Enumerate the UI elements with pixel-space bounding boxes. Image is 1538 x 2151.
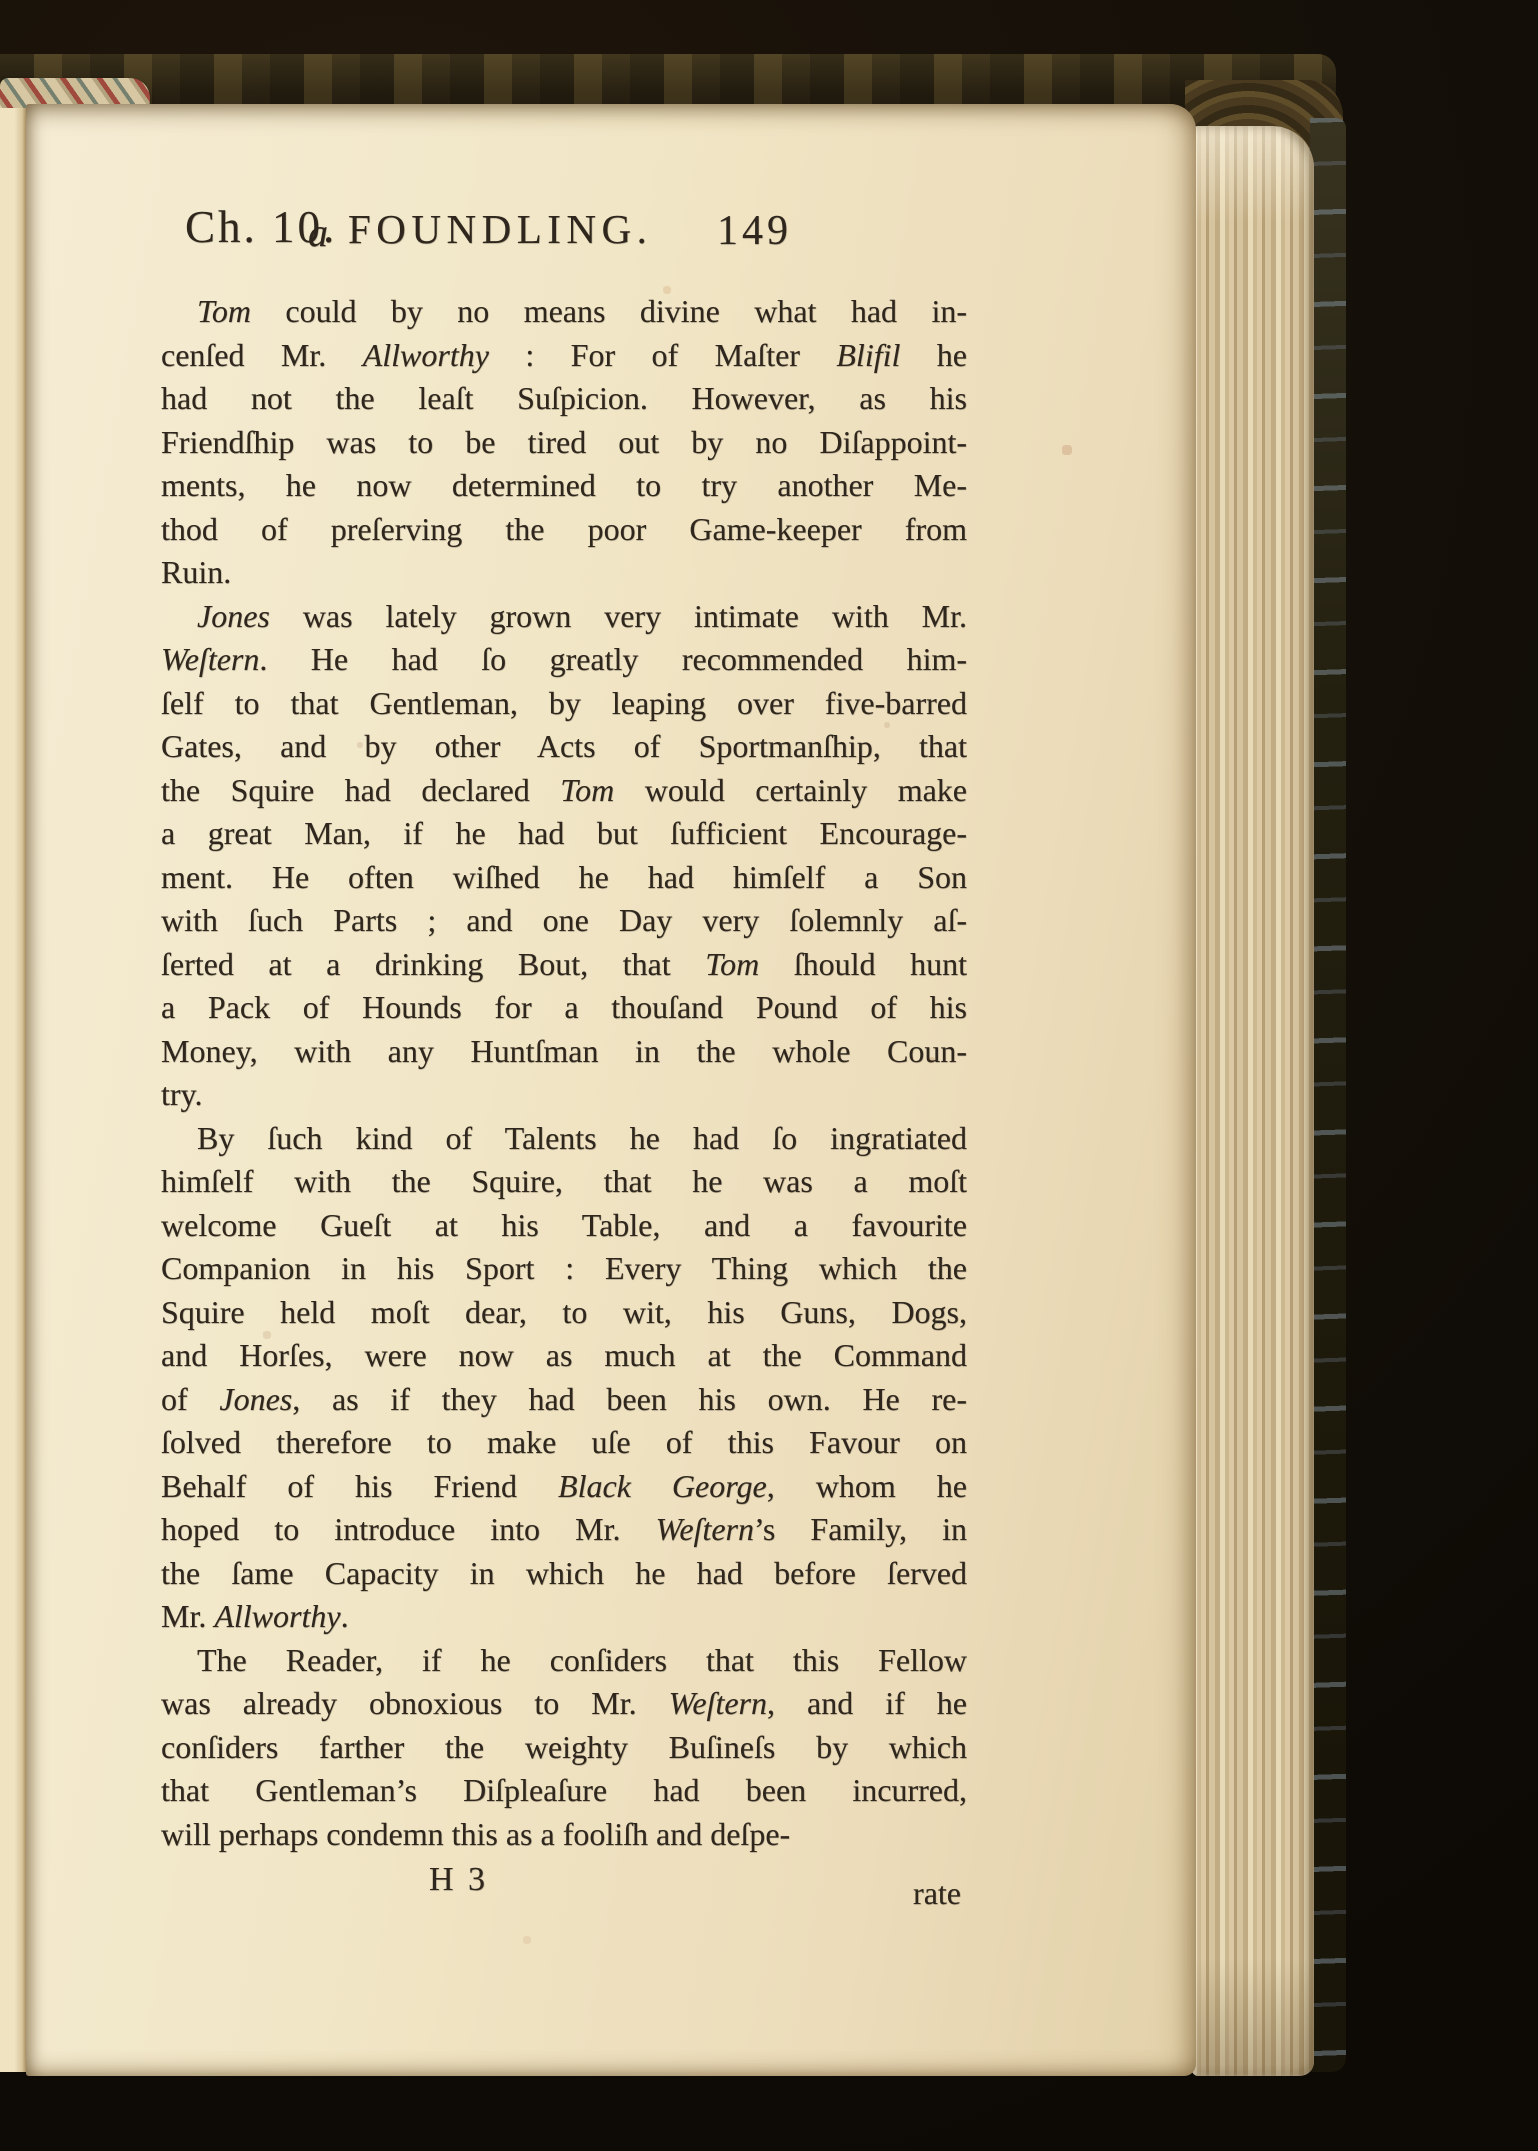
paragraph: By ſuch kind of Talents he had ſo ingrat…	[161, 1117, 967, 1639]
text-line: Tom could by no means divine what had in…	[161, 290, 967, 334]
paragraph: The Reader, if he conſiders that this Fe…	[161, 1639, 967, 1857]
running-title-article: a	[308, 211, 328, 255]
text-line: try.	[161, 1073, 967, 1117]
running-header: Ch. 10. a FOUNDLING. 149	[161, 206, 967, 290]
signature-mark: H 3	[429, 1858, 488, 1902]
body-text: Tom could by no means divine what had in…	[161, 290, 967, 1856]
text-line: thod of preſerving the poor Game-keeper …	[161, 508, 967, 552]
text-line: Companion in his Sport : Every Thing whi…	[161, 1247, 967, 1291]
text-line: Friendſhip was to be tired out by no Diſ…	[161, 421, 967, 465]
text-line: conſiders farther the weighty Buſineſs b…	[161, 1726, 967, 1770]
paragraph: Tom could by no means divine what had in…	[161, 290, 967, 595]
text-line: the ſame Capacity in which he had before…	[161, 1552, 967, 1596]
text-line: cenſed Mr. Allworthy : For of Maſter Bli…	[161, 334, 967, 378]
text-line: had not the leaſt Suſpicion. However, as…	[161, 377, 967, 421]
facing-page-sliver	[0, 108, 26, 2072]
text-line: ments, he now determined to try another …	[161, 464, 967, 508]
text-line: Weſtern. He had ſo greatly recommended h…	[161, 638, 967, 682]
text-line: The Reader, if he conſiders that this Fe…	[161, 1639, 967, 1683]
text-line: ſerted at a drinking Bout, that Tom ſhou…	[161, 943, 967, 987]
text-line: ſolved therefore to make uſe of this Fav…	[161, 1421, 967, 1465]
text-line: the Squire had declared Tom would certai…	[161, 769, 967, 813]
text-line: Squire held moſt dear, to wit, his Guns,…	[161, 1291, 967, 1335]
text-line: was already obnoxious to Mr. Weſtern, an…	[161, 1682, 967, 1726]
printed-text-block: Ch. 10. a FOUNDLING. 149 Tom could by no…	[161, 206, 967, 1936]
book-cover-right-edge	[1310, 118, 1346, 2072]
paragraph: Jones was lately grown very intimate wit…	[161, 595, 967, 1117]
text-line: with ſuch Parts ; and one Day very ſolem…	[161, 899, 967, 943]
text-line: a great Man, if he had but ſufficient En…	[161, 812, 967, 856]
text-line: ſelf to that Gentleman, by leaping over …	[161, 682, 967, 726]
text-line: a Pack of Hounds for a thouſand Pound of…	[161, 986, 967, 1030]
text-line: Behalf of his Friend Black George, whom …	[161, 1465, 967, 1509]
catchword: rate	[913, 1872, 961, 1916]
text-line: that Gentleman’s Diſpleaſure had been in…	[161, 1769, 967, 1813]
text-line: will perhaps condemn this as a fooliſh a…	[161, 1813, 967, 1857]
running-title: FOUNDLING.	[348, 208, 652, 252]
text-line: Ruin.	[161, 551, 967, 595]
text-line: himſelf with the Squire, that he was a m…	[161, 1160, 967, 1204]
text-line: Mr. Allworthy.	[161, 1595, 967, 1639]
text-line: Money, with any Huntſman in the whole Co…	[161, 1030, 967, 1074]
text-line: Gates, and by other Acts of Sportmanſhip…	[161, 725, 967, 769]
text-line: By ſuch kind of Talents he had ſo ingrat…	[161, 1117, 967, 1161]
book-scan: Ch. 10. a FOUNDLING. 149 Tom could by no…	[0, 0, 1538, 2151]
text-line: Jones was lately grown very intimate wit…	[161, 595, 967, 639]
book-fore-edge-pages	[1192, 126, 1314, 2076]
text-line: of Jones, as if they had been his own. H…	[161, 1378, 967, 1422]
page-footer: H 3 rate	[161, 1856, 967, 1936]
text-line: and Horſes, were now as much at the Comm…	[161, 1334, 967, 1378]
page-number: 149	[717, 210, 792, 254]
text-line: ment. He often wiſhed he had himſelf a S…	[161, 856, 967, 900]
text-line: welcome Gueſt at his Table, and a favour…	[161, 1204, 967, 1248]
paper-speckles	[26, 104, 28, 106]
text-line: hoped to introduce into Mr. Weſtern’s Fa…	[161, 1508, 967, 1552]
